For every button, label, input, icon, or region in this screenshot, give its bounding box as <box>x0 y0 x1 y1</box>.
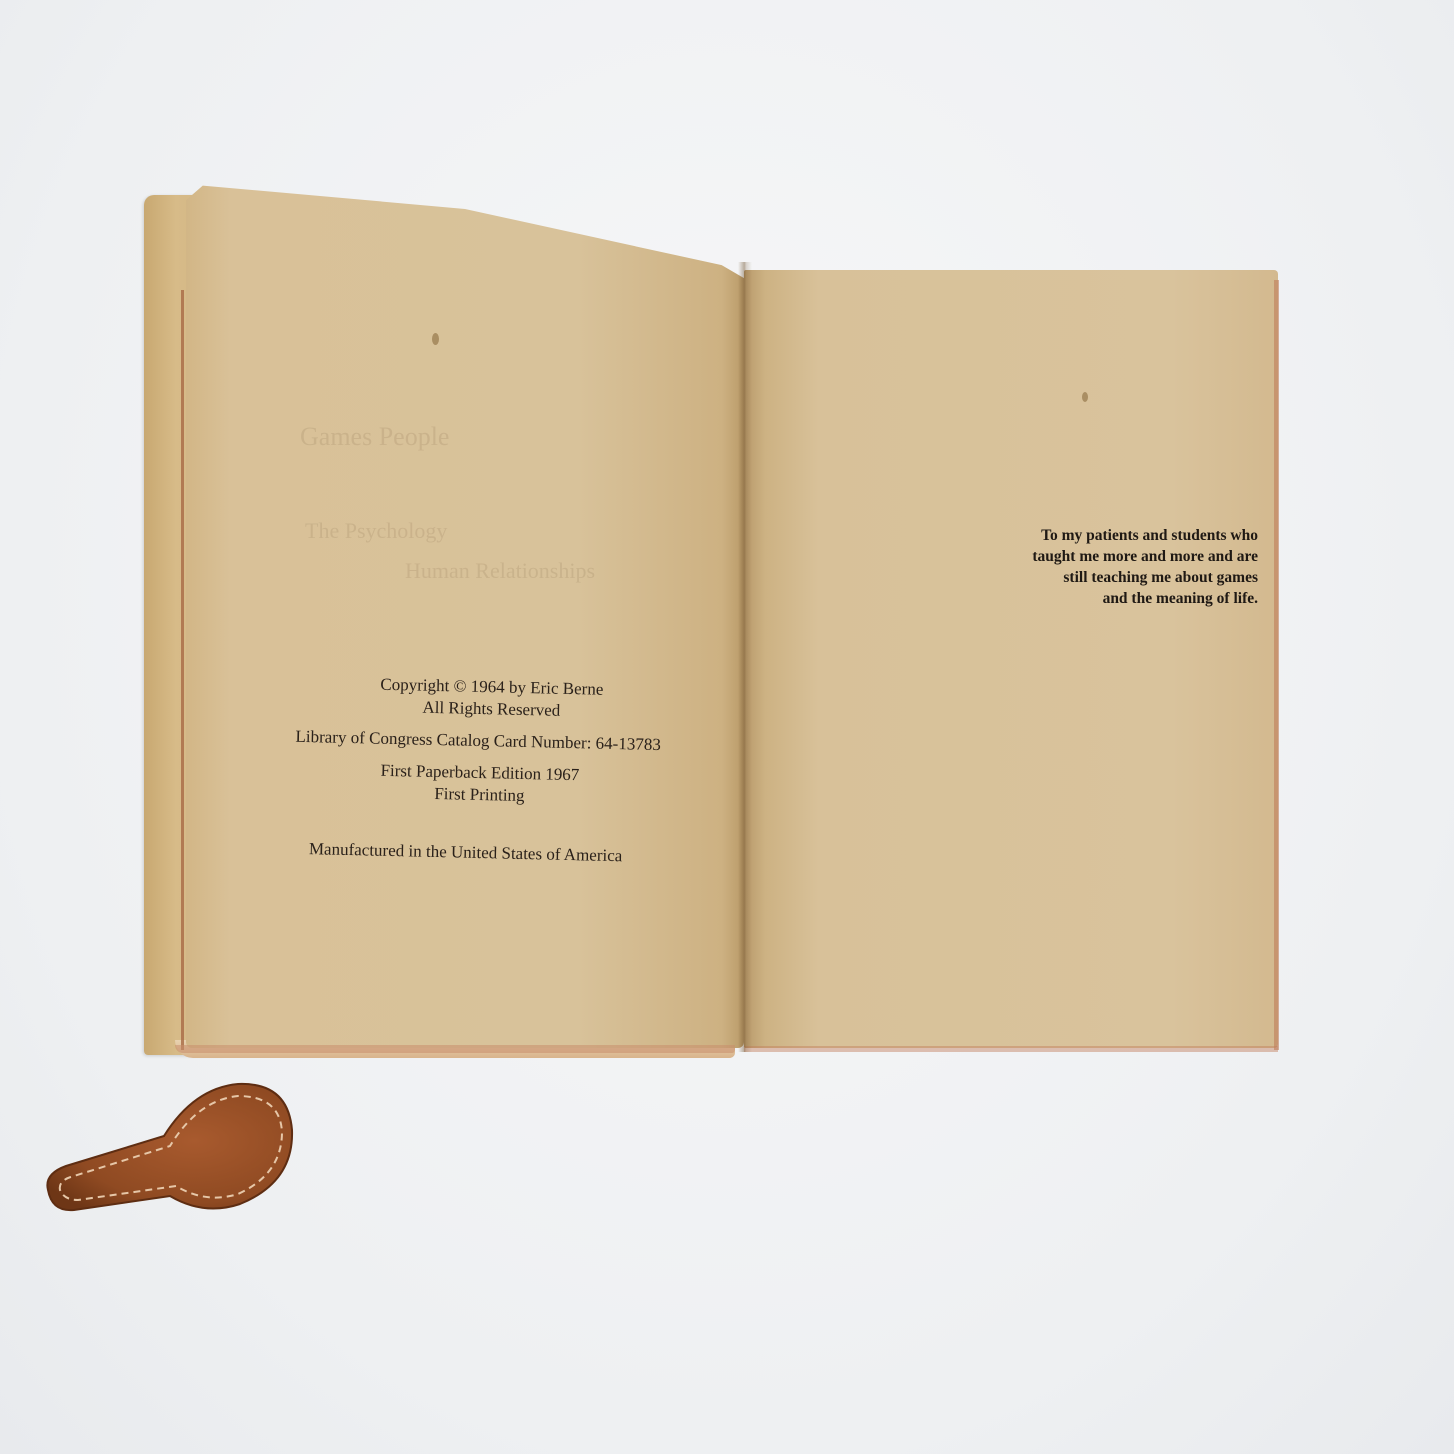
ghost-subtitle-2: Human Relationships <box>405 558 595 584</box>
dedication-line: taught me more and more and are <box>990 546 1258 567</box>
leather-bookmark-clip-icon <box>44 1082 324 1217</box>
dedication-line: To my patients and students who <box>990 525 1258 546</box>
dedication-line: still teaching me about games <box>990 567 1258 588</box>
paper-speck <box>432 333 439 345</box>
paper-speck <box>1082 392 1088 402</box>
left-page-bottom-edge <box>175 1045 735 1053</box>
right-page-bottom-edge <box>744 1046 1278 1052</box>
dedication-block: To my patients and students who taught m… <box>990 525 1258 609</box>
left-page-red-edge <box>181 290 184 1050</box>
right-page <box>744 270 1278 1048</box>
right-page-red-edge <box>1274 280 1279 1050</box>
left-page <box>186 183 744 1048</box>
ghost-title: Games People <box>300 422 449 452</box>
copyright-block: Copyright © 1964 by Eric Berne All Right… <box>238 671 722 870</box>
dedication-line: and the meaning of life. <box>990 588 1258 609</box>
ghost-subtitle: The Psychology <box>305 518 447 544</box>
catalog-number-line: Library of Congress Catalog Card Number:… <box>235 724 720 757</box>
book-gutter <box>738 262 752 1052</box>
